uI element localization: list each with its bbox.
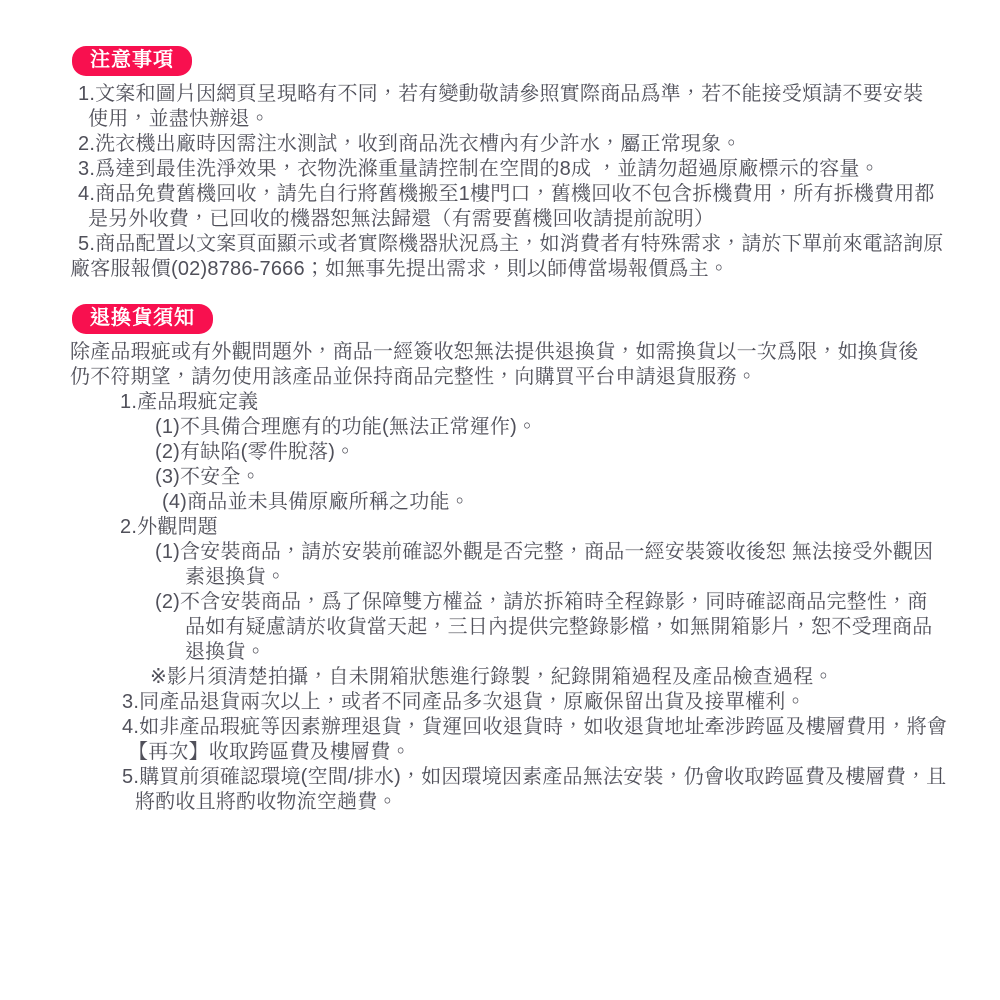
section-notice: 注意事項 1.文案和圖片因網頁呈現略有不同，若有變動敬請參照實際商品爲準，若不能… (70, 46, 960, 282)
policy-line: 退換貨。 (185, 640, 960, 665)
policy-line: 品如有疑慮請於收貨當天起，三日內提供完整錄影檔，如無開箱影片，恕不受理商品 (185, 615, 960, 640)
notice-line: 5.商品配置以文案頁面顯示或者實際機器狀況爲主，如消費者有特殊需求，請於下單前來… (78, 232, 960, 257)
policy-line: 素退換貨。 (185, 565, 960, 590)
page-content: 注意事項 1.文案和圖片因網頁呈現略有不同，若有變動敬請參照實際商品爲準，若不能… (0, 0, 1000, 815)
notice-line: 廠客服報價(02)8786-7666；如無事先提出需求，則以師傅當場報價爲主。 (70, 257, 960, 282)
policy-line: 1.產品瑕疵定義 (120, 390, 960, 415)
policy-line: 2.外觀問題 (120, 515, 960, 540)
notice-badge: 注意事項 (72, 46, 192, 76)
policy-line: 【再次】收取跨區費及樓層費。 (128, 740, 960, 765)
section-return-policy: 退換貨須知 除產品瑕疵或有外觀問題外，商品一經簽收恕無法提供退換貨，如需換貨以一… (70, 304, 960, 815)
notice-line: 3.爲達到最佳洗淨效果，衣物洗滌重量請控制在空間的8成 ，並請勿超過原廠標示的容… (78, 157, 960, 182)
notice-badge-row: 注意事項 (72, 46, 960, 76)
policy-line: ※影片須清楚拍攝，自未開箱狀態進行錄製，紀錄開箱過程及產品檢查過程。 (150, 665, 960, 690)
policy-line: (2)不含安裝商品，爲了保障雙方權益，請於拆箱時全程錄影，同時確認商品完整性，商 (155, 590, 960, 615)
policy-line: (2)有缺陷(零件脫落)。 (155, 440, 960, 465)
notice-line: 使用，並盡快辦退。 (88, 107, 960, 132)
policy-line: 4.如非產品瑕疵等因素辦理退貨，貨運回收退貨時，如收退貨地址牽涉跨區及樓層費用，… (122, 715, 960, 740)
policy-line: (1)不具備合理應有的功能(無法正常運作)。 (155, 415, 960, 440)
policy-line: 5.購買前須確認環境(空間/排水)，如因環境因素產品無法安裝，仍會收取跨區費及樓… (122, 765, 960, 790)
policy-line: (1)含安裝商品，請於安裝前確認外觀是否完整，商品一經安裝簽收後恕 無法接受外觀… (155, 540, 960, 565)
notice-line: 2.洗衣機出廠時因需注水測試，收到商品洗衣槽內有少許水，屬正常現象。 (78, 132, 960, 157)
notice-line: 是另外收費，已回收的機器恕無法歸還（有需要舊機回收請提前說明） (88, 207, 960, 232)
policy-line: 除產品瑕疵或有外觀問題外，商品一經簽收恕無法提供退換貨，如需換貨以一次爲限，如換… (70, 340, 960, 365)
policy-line: 將酌收且將酌收物流空趟費。 (135, 790, 960, 815)
notice-line: 1.文案和圖片因網頁呈現略有不同，若有變動敬請參照實際商品爲準，若不能接受煩請不… (78, 82, 960, 107)
policy-line: (3)不安全。 (155, 465, 960, 490)
notice-line: 4.商品免費舊機回收，請先自行將舊機搬至1樓門口，舊機回收不包含拆機費用，所有拆… (78, 182, 960, 207)
return-policy-badge: 退換貨須知 (72, 304, 213, 334)
policy-line: 3.同產品退貨兩次以上，或者不同產品多次退貨，原廠保留出貨及接單權利。 (122, 690, 960, 715)
policy-line: 仍不符期望，請勿使用該產品並保持商品完整性，向購買平台申請退貨服務。 (70, 365, 960, 390)
policy-line: (4)商品並未具備原廠所稱之功能。 (162, 490, 960, 515)
return-policy-badge-row: 退換貨須知 (72, 304, 960, 334)
